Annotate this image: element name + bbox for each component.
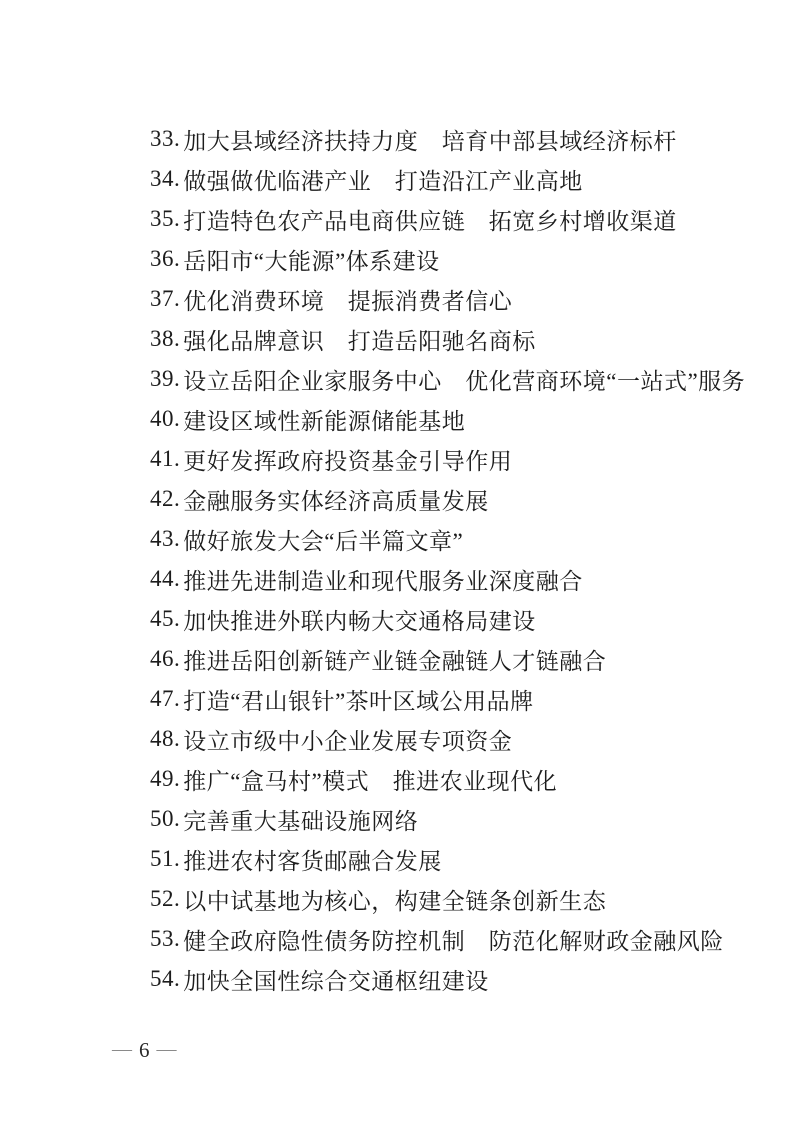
list-item-number: 43. [150, 526, 180, 552]
list-item: 48. 设立市级中小企业发展专项资金 [150, 719, 734, 759]
list-item-number: 45. [150, 606, 180, 632]
list-item-number: 38. [150, 326, 180, 352]
list-item: 36. 岳阳市“大能源”体系建设 [150, 239, 734, 279]
numbered-list: 33. 加大县域经济扶持力度 培育中部县域经济标杆 34. 做强做优临港产业 打… [150, 119, 734, 999]
list-item-text: 金融服务实体经济高质量发展 [183, 483, 489, 516]
list-item-text: 推广“盒马村”模式 推进农业现代化 [183, 763, 557, 796]
footer-left-dash: — [112, 1039, 132, 1059]
list-item-text: 优化消费环境 提振消费者信心 [183, 283, 512, 316]
list-item-number: 42. [150, 486, 180, 512]
list-item-text: 岳阳市“大能源”体系建设 [183, 243, 439, 276]
list-item-number: 50. [150, 806, 180, 832]
list-item: 38. 强化品牌意识 打造岳阳驰名商标 [150, 319, 734, 359]
list-item-number: 53. [150, 926, 180, 952]
list-item-text: 加快全国性综合交通枢纽建设 [183, 963, 489, 996]
list-item-text: 推进岳阳创新链产业链金融链人才链融合 [183, 643, 606, 676]
list-item-number: 51. [150, 846, 180, 872]
list-item-number: 44. [150, 566, 180, 592]
list-item-number: 40. [150, 406, 180, 432]
list-item-number: 37. [150, 286, 180, 312]
list-item-number: 36. [150, 246, 180, 272]
list-item-text: 强化品牌意识 打造岳阳驰名商标 [183, 323, 536, 356]
list-item: 49. 推广“盒马村”模式 推进农业现代化 [150, 759, 734, 799]
list-item-text: 推进先进制造业和现代服务业深度融合 [183, 563, 583, 596]
list-item: 50. 完善重大基础设施网络 [150, 799, 734, 839]
list-item-text: 以中试基地为核心，构建全链条创新生态 [183, 883, 606, 916]
list-item-text: 做好旅发大会“后半篇文章” [183, 523, 463, 556]
list-item: 42. 金融服务实体经济高质量发展 [150, 479, 734, 519]
list-item-text: 做强做优临港产业 打造沿江产业高地 [183, 163, 583, 196]
list-item: 46. 推进岳阳创新链产业链金融链人才链融合 [150, 639, 734, 679]
list-item-number: 34. [150, 166, 180, 192]
list-item-text: 推进农村客货邮融合发展 [183, 843, 442, 876]
list-item-number: 52. [150, 886, 180, 912]
list-item: 53. 健全政府隐性债务防控机制 防范化解财政金融风险 [150, 919, 734, 959]
list-item-number: 39. [150, 366, 180, 392]
list-item-text: 设立岳阳企业家服务中心 优化营商环境“一站式”服务 [183, 363, 745, 396]
list-item-text: 健全政府隐性债务防控机制 防范化解财政金融风险 [183, 923, 724, 956]
list-item: 47. 打造“君山银针”茶叶区域公用品牌 [150, 679, 734, 719]
list-item-number: 41. [150, 446, 180, 472]
list-item: 41. 更好发挥政府投资基金引导作用 [150, 439, 734, 479]
list-item: 52. 以中试基地为核心，构建全链条创新生态 [150, 879, 734, 919]
list-item-text: 打造特色农产品电商供应链 拓宽乡村增收渠道 [183, 203, 677, 236]
list-item: 39. 设立岳阳企业家服务中心 优化营商环境“一站式”服务 [150, 359, 734, 399]
footer-right-dash: — [157, 1039, 177, 1059]
list-item: 33. 加大县域经济扶持力度 培育中部县域经济标杆 [150, 119, 734, 159]
list-item: 43. 做好旅发大会“后半篇文章” [150, 519, 734, 559]
list-item-number: 54. [150, 966, 180, 992]
list-item-number: 49. [150, 766, 180, 792]
list-item-text: 建设区域性新能源储能基地 [183, 403, 465, 436]
page-footer: — 6 — [112, 1038, 177, 1063]
list-item-number: 46. [150, 646, 180, 672]
list-item-number: 33. [150, 126, 180, 152]
list-item-number: 48. [150, 726, 180, 752]
list-item-text: 更好发挥政府投资基金引导作用 [183, 443, 512, 476]
list-item: 44. 推进先进制造业和现代服务业深度融合 [150, 559, 734, 599]
list-item-text: 设立市级中小企业发展专项资金 [183, 723, 512, 756]
list-item: 40. 建设区域性新能源储能基地 [150, 399, 734, 439]
list-item: 35. 打造特色农产品电商供应链 拓宽乡村增收渠道 [150, 199, 734, 239]
list-item-number: 47. [150, 686, 180, 712]
list-item: 51. 推进农村客货邮融合发展 [150, 839, 734, 879]
list-item: 45. 加快推进外联内畅大交通格局建设 [150, 599, 734, 639]
list-item-text: 加快推进外联内畅大交通格局建设 [183, 603, 536, 636]
list-item-text: 加大县域经济扶持力度 培育中部县域经济标杆 [183, 123, 677, 156]
list-item-text: 打造“君山银针”茶叶区域公用品牌 [183, 683, 533, 716]
list-item-text: 完善重大基础设施网络 [183, 803, 418, 836]
list-item: 34. 做强做优临港产业 打造沿江产业高地 [150, 159, 734, 199]
list-item-number: 35. [150, 206, 180, 232]
document-page: 33. 加大县域经济扶持力度 培育中部县域经济标杆 34. 做强做优临港产业 打… [0, 0, 794, 1122]
list-item: 54. 加快全国性综合交通枢纽建设 [150, 959, 734, 999]
list-item: 37. 优化消费环境 提振消费者信心 [150, 279, 734, 319]
page-number: 6 [139, 1038, 150, 1063]
